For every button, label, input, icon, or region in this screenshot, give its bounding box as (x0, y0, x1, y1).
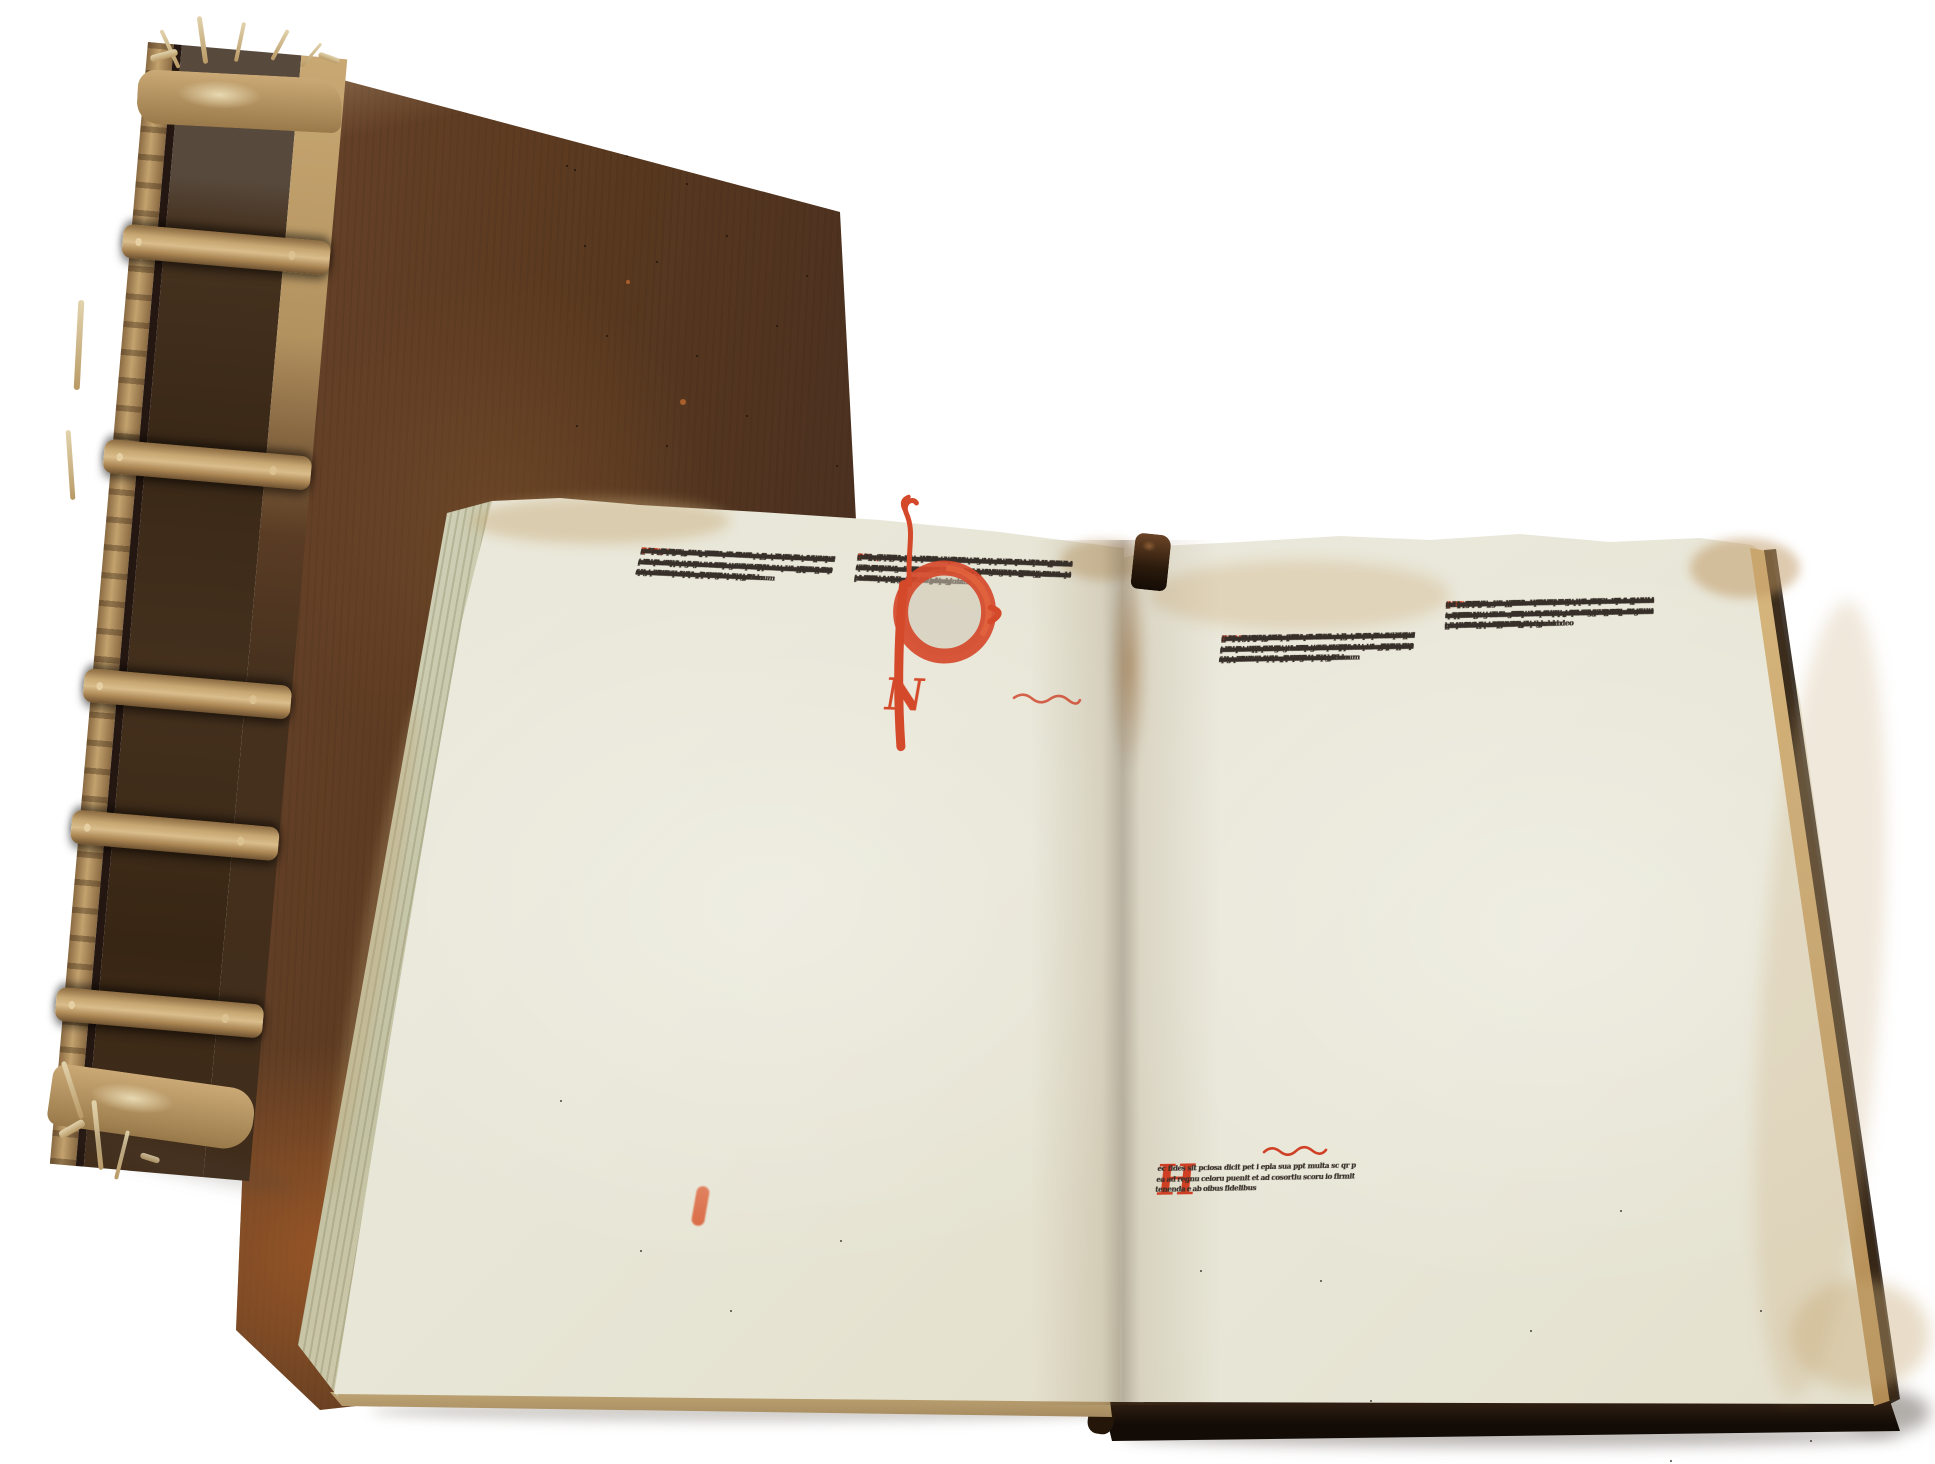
rubric-initial-p (873, 488, 1013, 772)
page-stain (1790, 1280, 1930, 1390)
rubric-underline (1012, 691, 1082, 705)
right-page-endnote: Hec fides sit pciosa dicit pet i epla su… (1149, 1161, 1356, 1248)
open-book: gd bal dig qstone ibi no dubitas als qd … (0, 0, 1935, 1464)
gutter-clasp (1130, 532, 1172, 591)
page-specks (1200, 1270, 1202, 1272)
page-stain (470, 498, 730, 544)
rubric-initial-n: N (880, 673, 928, 718)
right-page-column-2: ad primu ergo dicedu qd sicut supra dict… (1417, 596, 1655, 1198)
page-stain (1690, 538, 1800, 598)
photograph-incunabula: gd bal dig qstone ibi no dubitas als qd … (0, 0, 1935, 1464)
rubric-underline (1262, 1143, 1328, 1157)
page-specks (640, 1250, 642, 1252)
